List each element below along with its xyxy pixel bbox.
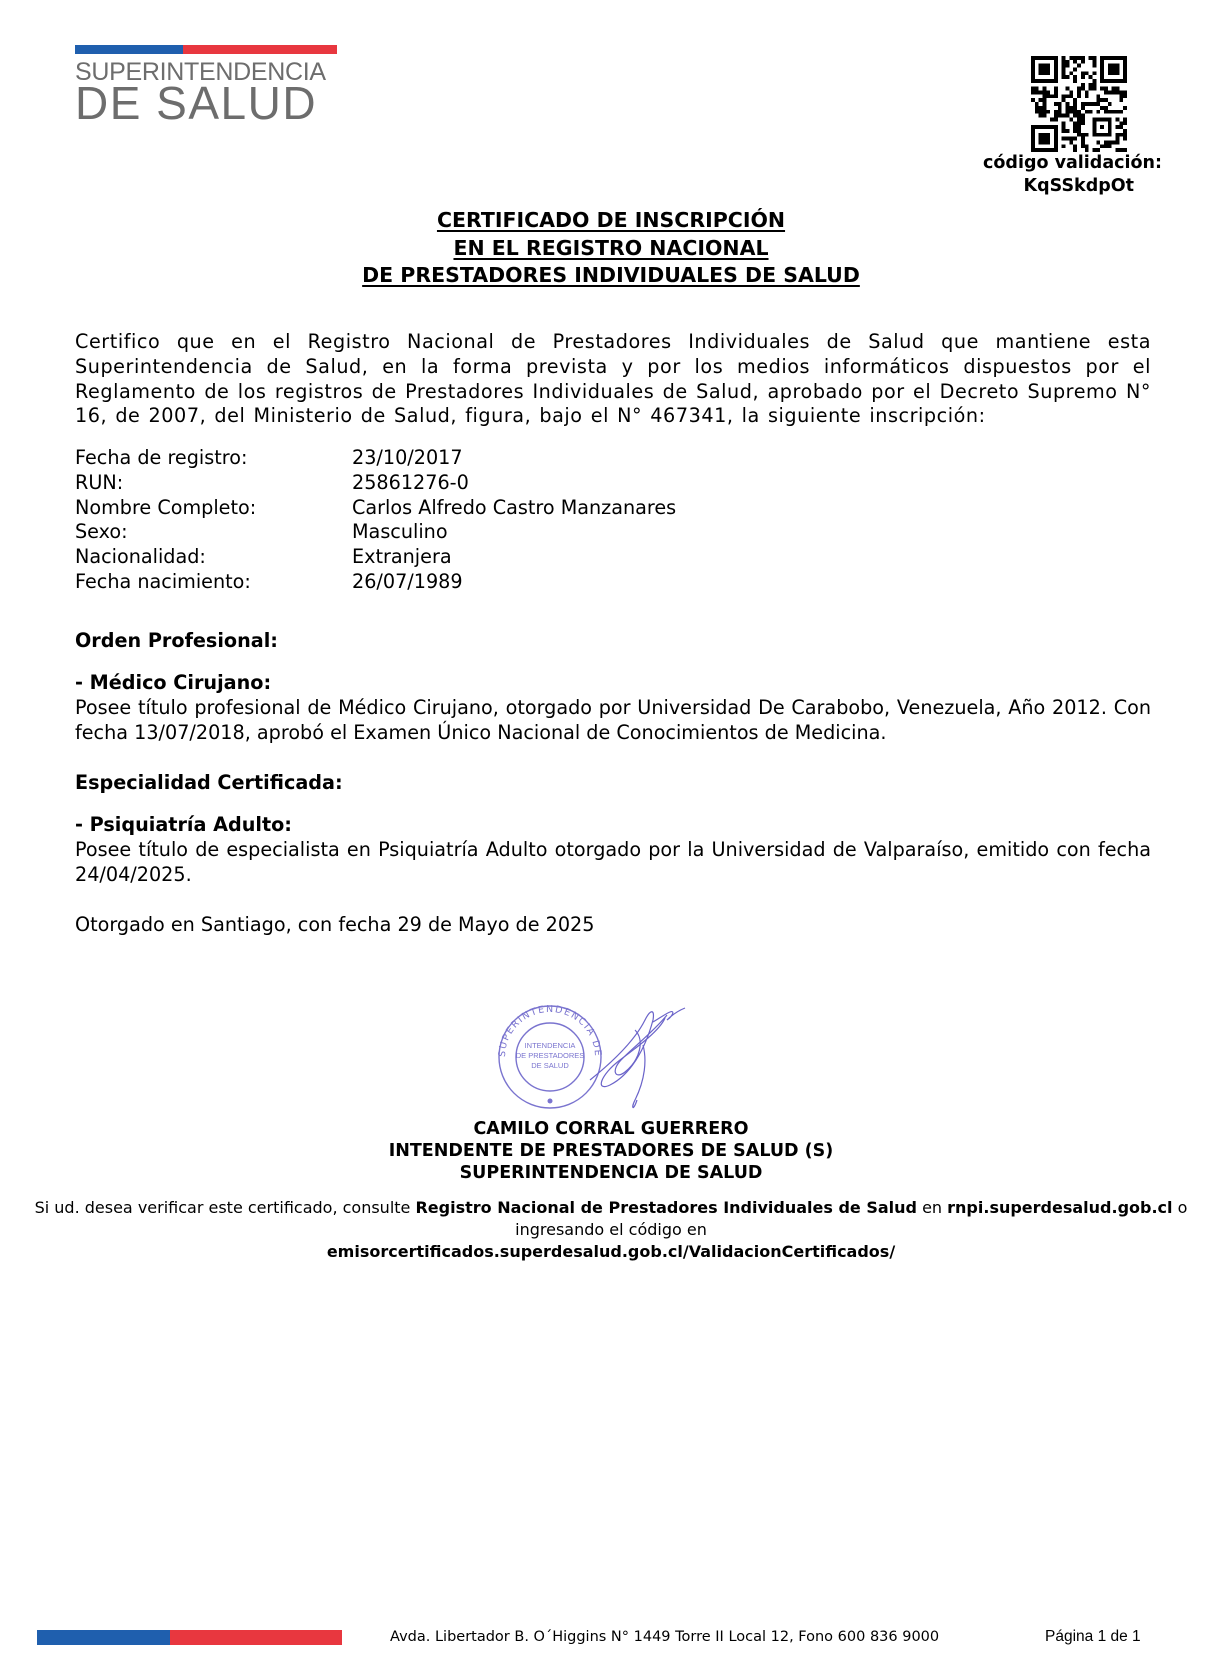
qr-code-icon [1031,56,1127,152]
validation-block: código validación: KqSSkdpOt [972,56,1162,198]
footer-bar-red [170,1630,342,1645]
field-label: RUN: [75,471,352,496]
official-seal-icon: SUPERINTENDENCIA DE SALUD INTENDENCIA DE… [495,1000,715,1115]
logo-bar-red [183,45,337,54]
field-label: Nombre Completo: [75,496,352,521]
footer-flag-bar [37,1630,342,1645]
field-value: 25861276-0 [352,471,469,496]
signature-icon [590,1008,685,1108]
svg-text:DE SALUD: DE SALUD [531,1061,569,1070]
validation-code-value: KqSSkdpOt [972,175,1134,198]
page-number: Página 1 de 1 [1045,1628,1141,1646]
verify-text-1: Si ud. desea verificar este certificado,… [35,1198,416,1217]
orden-profesional-item: - Médico Cirujano: Posee título profesio… [75,671,1151,745]
logo-text-line2: DE SALUD [75,84,337,122]
field-value: 26/07/1989 [352,570,463,595]
field-row: RUN:25861276-0 [75,471,1151,496]
field-row: Nacionalidad:Extranjera [75,545,1151,570]
verification-note: Si ud. desea verificar este certificado,… [0,1197,1222,1263]
logo-flag-bar [75,45,337,54]
verify-rnpi-link[interactable]: rnpi.superdesalud.gob.cl [947,1198,1172,1217]
verify-text-2: en [917,1198,947,1217]
signer-position: INTENDENTE DE PRESTADORES DE SALUD (S) [0,1140,1222,1162]
field-row: Fecha de registro:23/10/2017 [75,446,1151,471]
validation-code-label: código validación: [972,152,1162,175]
field-row: Sexo:Masculino [75,520,1151,545]
field-value: Carlos Alfredo Castro Manzanares [352,496,676,521]
psiquiatria-title: - Psiquiatría Adulto: [75,813,1151,838]
registration-fields: Fecha de registro:23/10/2017RUN:25861276… [75,446,1151,595]
field-label: Fecha nacimiento: [75,570,352,595]
field-label: Fecha de registro: [75,446,352,471]
field-value: Extranjera [352,545,452,570]
signer-block: CAMILO CORRAL GUERRERO INTENDENTE DE PRE… [0,1118,1222,1184]
verify-validation-link[interactable]: emisorcertificados.superdesalud.gob.cl/V… [327,1242,895,1261]
field-label: Nacionalidad: [75,545,352,570]
logo-bar-blue [75,45,183,54]
especialidad-heading: Especialidad Certificada: [75,771,1151,796]
superintendencia-logo: SUPERINTENDENCIA DE SALUD [75,45,337,122]
orden-profesional-heading: Orden Profesional: [75,629,1151,654]
verify-registry-name: Registro Nacional de Prestadores Individ… [415,1198,917,1217]
field-label: Sexo: [75,520,352,545]
especialidad-item: - Psiquiatría Adulto: Posee título de es… [75,813,1151,887]
field-row: Nombre Completo:Carlos Alfredo Castro Ma… [75,496,1151,521]
certificate-title: CERTIFICADO DE INSCRIPCIÓN EN EL REGISTR… [0,207,1222,290]
medico-cirujano-text: Posee título profesional de Médico Ciruj… [75,696,1151,746]
field-value: Masculino [352,520,448,545]
issued-date-statement: Otorgado en Santiago, con fecha 29 de Ma… [75,913,1151,938]
title-line-3: DE PRESTADORES INDIVIDUALES DE SALUD [0,262,1222,290]
certificate-intro-paragraph: Certifico que en el Registro Nacional de… [75,330,1151,429]
seal-and-signature: SUPERINTENDENCIA DE SALUD INTENDENCIA DE… [495,1000,715,1115]
footer-address: Avda. Libertador B. O´Higgins N° 1449 To… [390,1628,939,1646]
psiquiatria-text: Posee título de especialista en Psiquiat… [75,838,1151,888]
svg-text:INTENDENCIA: INTENDENCIA [525,1041,576,1050]
field-value: 23/10/2017 [352,446,463,471]
field-row: Fecha nacimiento:26/07/1989 [75,570,1151,595]
title-line-2: EN EL REGISTRO NACIONAL [0,235,1222,263]
medico-cirujano-title: - Médico Cirujano: [75,671,1151,696]
signer-name: CAMILO CORRAL GUERRERO [0,1118,1222,1140]
footer-bar-blue [37,1630,170,1645]
svg-text:DE PRESTADORES: DE PRESTADORES [516,1051,585,1060]
signer-institution: SUPERINTENDENCIA DE SALUD [0,1162,1222,1184]
title-line-1: CERTIFICADO DE INSCRIPCIÓN [0,207,1222,235]
